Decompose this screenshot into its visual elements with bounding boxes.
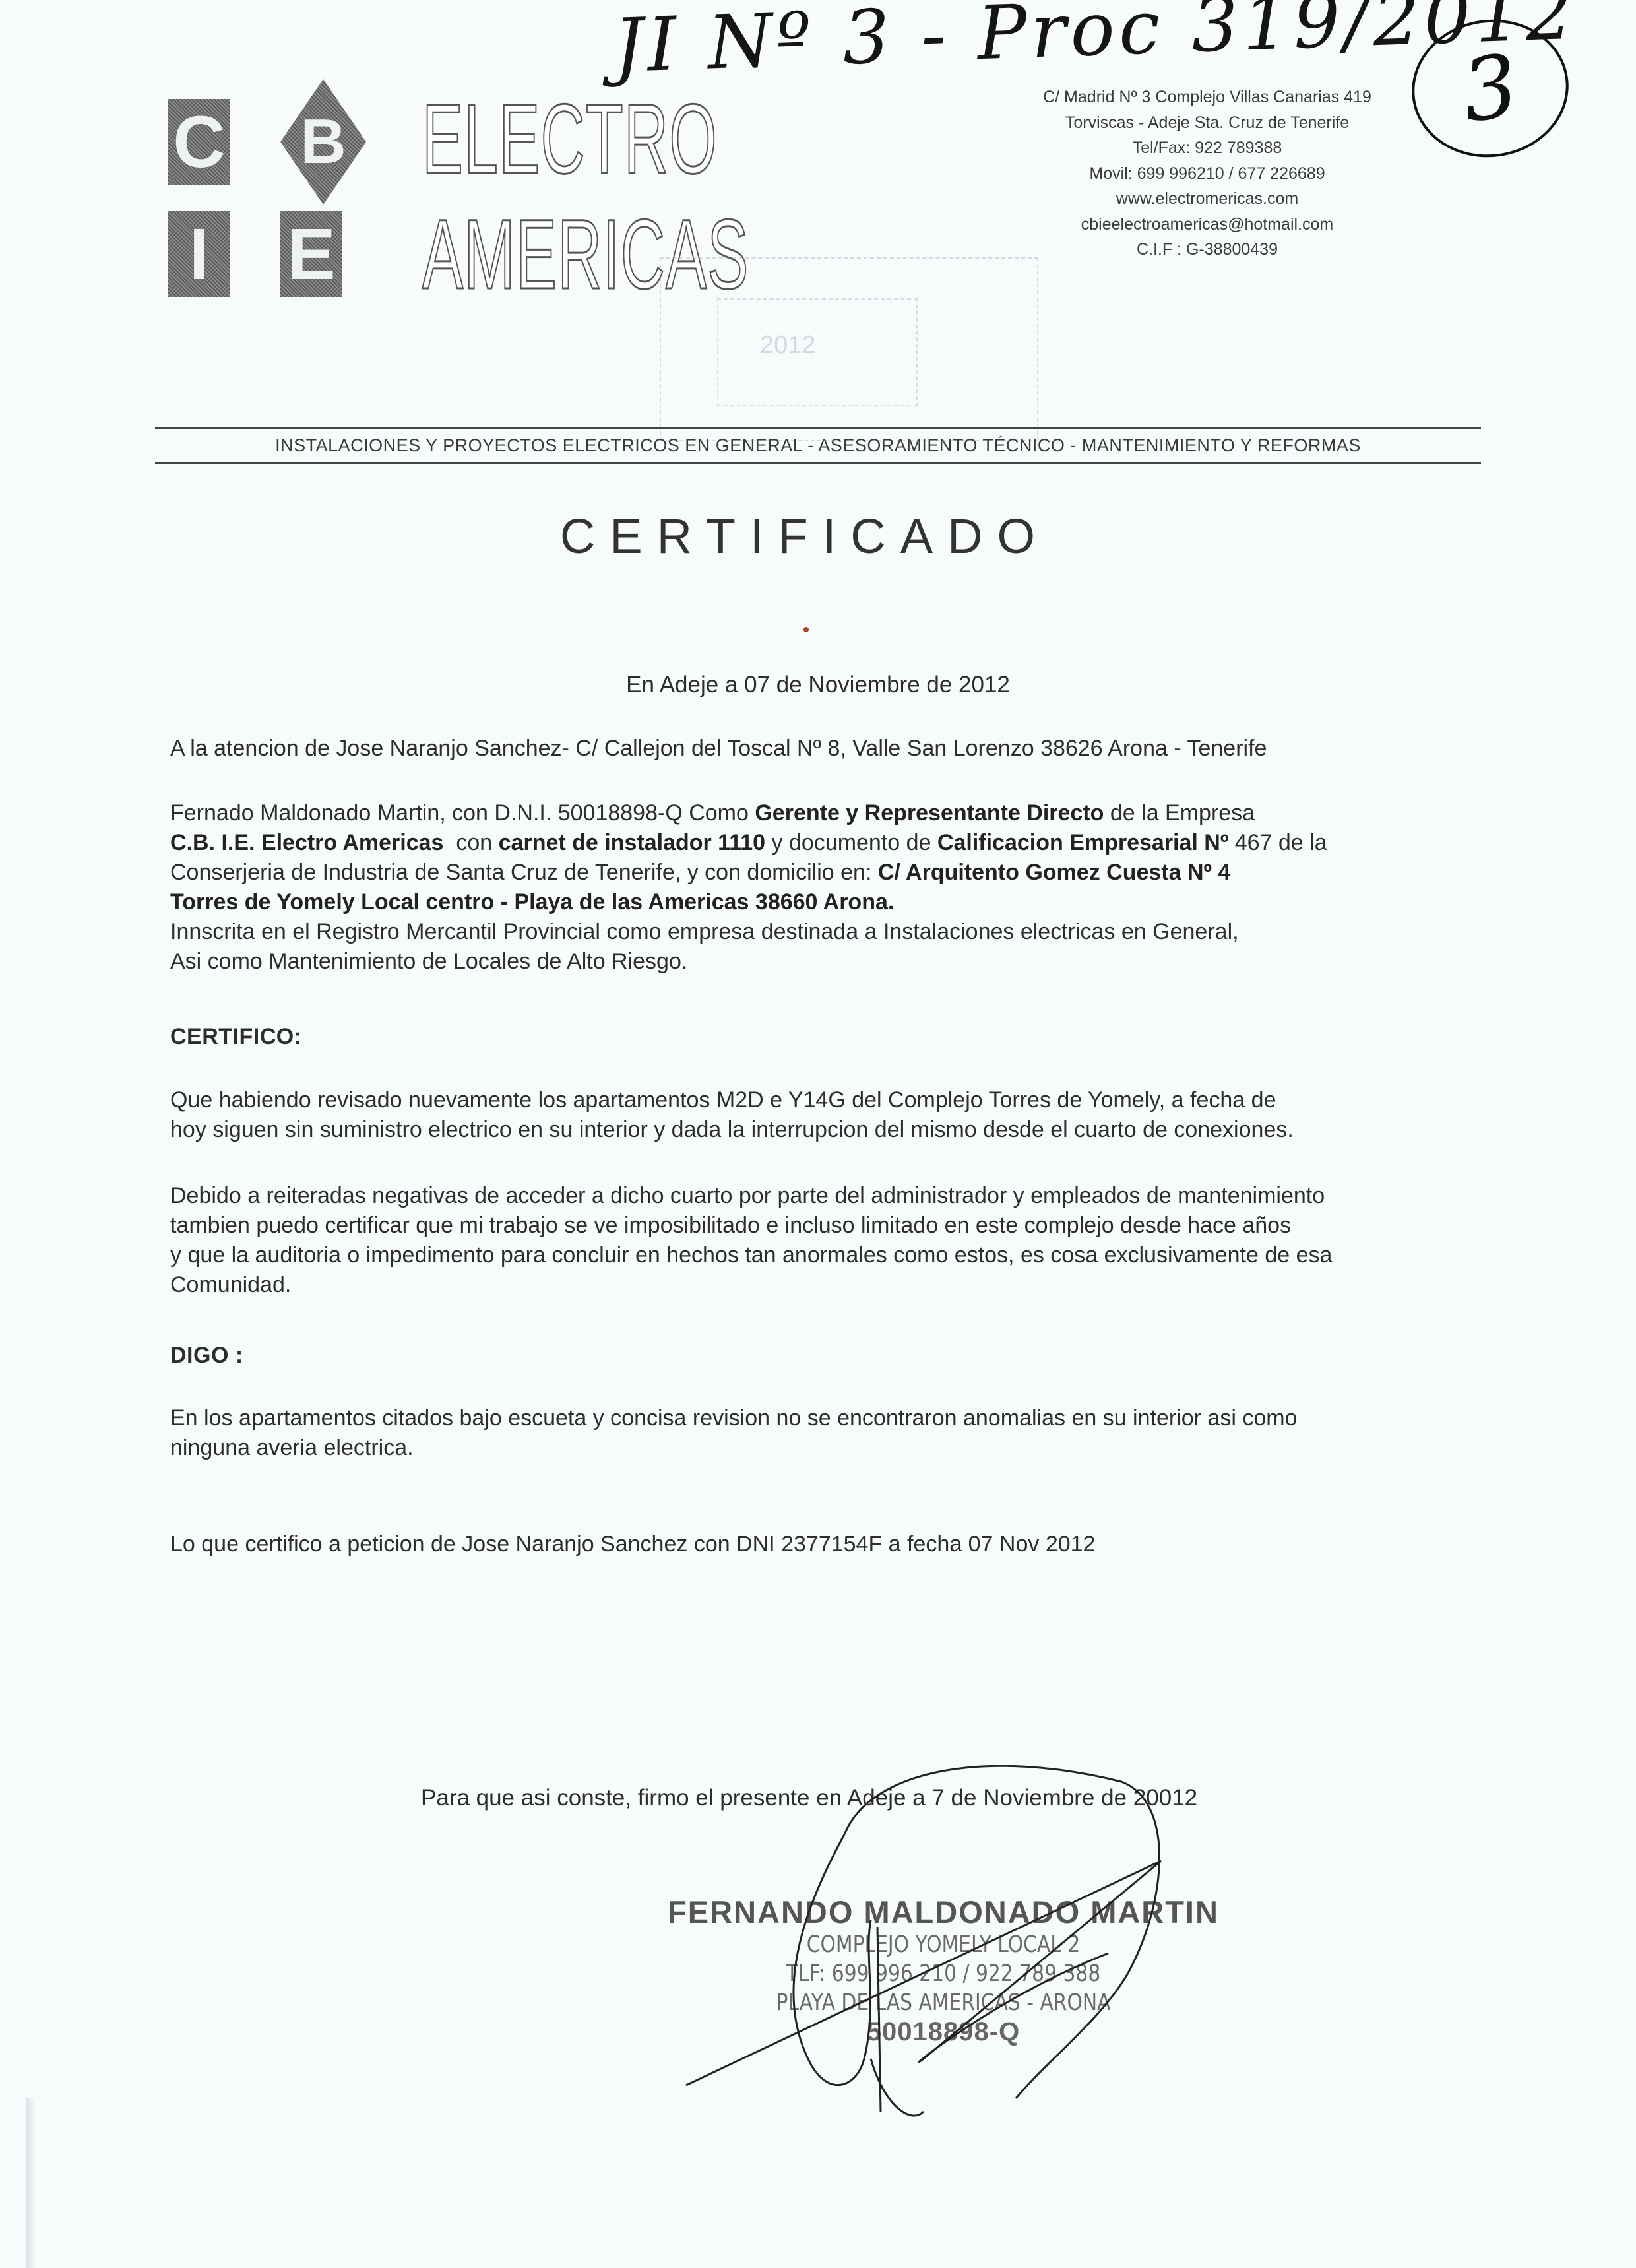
certifico-line: Que habiendo revisado nuevamente los apa… bbox=[170, 1085, 1529, 1115]
faint-received-stamp: 2012 bbox=[660, 257, 1038, 441]
contact-website: www.electromericas.com bbox=[950, 186, 1464, 212]
certifico-heading: CERTIFICO: bbox=[170, 1024, 302, 1050]
installer-license-bold: carnet de instalador 1110 bbox=[499, 830, 765, 855]
document-title: CERTIFICADO bbox=[0, 508, 1610, 564]
digo-line: En los apartamentos citados bajo escueta… bbox=[170, 1404, 1529, 1433]
handwritten-signature bbox=[646, 1755, 1240, 2125]
faint-stamp-year: 2012 bbox=[760, 331, 816, 360]
logo-letter-i: I bbox=[168, 211, 230, 297]
intro-line-1: Fernado Maldonado Martin, con D.N.I. 500… bbox=[170, 798, 1529, 828]
debido-line: Debido a reiteradas negativas de acceder… bbox=[170, 1181, 1529, 1211]
intro-text: Fernado Maldonado Martin, con D.N.I. 500… bbox=[170, 800, 755, 826]
domicile-address-bold: C/ Arquitento Gomez Cuesta Nº 4 bbox=[878, 860, 1230, 885]
debido-line: tambien puedo certificar que mi trabajo … bbox=[170, 1211, 1529, 1241]
debido-line: y que la auditoria o impedimento para co… bbox=[170, 1241, 1529, 1270]
certifico-line: hoy siguen sin suministro electrico en s… bbox=[170, 1115, 1529, 1145]
intro-text: de la Empresa bbox=[1104, 800, 1255, 826]
faint-stamp-inner-box bbox=[717, 298, 918, 406]
intro-line-3: Conserjeria de Industria de Santa Cruz d… bbox=[170, 858, 1529, 888]
company-logo: C B I E ELECTRO AMERICAS bbox=[168, 79, 716, 307]
banner-bottom-rule bbox=[155, 462, 1481, 464]
certifico-paragraph: Que habiendo revisado nuevamente los apa… bbox=[170, 1085, 1529, 1145]
company-tagline: INSTALACIONES Y PROYECTOS ELECTRICOS EN … bbox=[155, 436, 1481, 456]
digo-paragraph: En los apartamentos citados bajo escueta… bbox=[170, 1404, 1529, 1463]
attention-line: A la atencion de Jose Naranjo Sanchez- C… bbox=[170, 734, 1529, 763]
contact-city: Torviscas - Adeje Sta. Cruz de Tenerife bbox=[950, 110, 1464, 136]
intro-text: con bbox=[443, 830, 498, 855]
scan-edge-artifact bbox=[26, 2098, 36, 2268]
domicile-address-bold-cont: Torres de Yomely Local centro - Playa de… bbox=[170, 890, 894, 915]
role-bold: Gerente y Representante Directo bbox=[755, 800, 1104, 826]
logo-letter-e: E bbox=[280, 211, 342, 297]
intro-line-6: Asi como Mantenimiento de Locales de Alt… bbox=[170, 947, 1529, 977]
intro-text: y documento de bbox=[765, 830, 937, 855]
banner-top-rule bbox=[155, 427, 1481, 429]
logo-letter-c: C bbox=[168, 99, 230, 185]
company-name-bold: C.B. I.E. Electro Americas bbox=[170, 830, 443, 855]
debido-paragraph: Debido a reiteradas negativas de acceder… bbox=[170, 1181, 1529, 1300]
contact-email: cbieelectroamericas@hotmail.com bbox=[950, 212, 1464, 238]
intro-text: 467 de la bbox=[1228, 830, 1327, 855]
document-date: En Adeje a 07 de Noviembre de 2012 bbox=[0, 672, 1636, 698]
business-qualification-bold: Calificacion Empresarial Nº bbox=[937, 830, 1228, 855]
company-contact-block: C/ Madrid Nº 3 Complejo Villas Canarias … bbox=[950, 84, 1464, 263]
request-line: Lo que certifico a peticion de Jose Nara… bbox=[170, 1530, 1529, 1559]
logo-word-electro: ELECTRO bbox=[422, 89, 718, 188]
intro-line-5: Innscrita en el Registro Mercantil Provi… bbox=[170, 917, 1529, 947]
contact-address: C/ Madrid Nº 3 Complejo Villas Canarias … bbox=[950, 84, 1464, 110]
digo-line: ninguna averia electrica. bbox=[170, 1433, 1529, 1463]
debido-line: Comunidad. bbox=[170, 1270, 1529, 1300]
intro-line-2: C.B. I.E. Electro Americas con carnet de… bbox=[170, 828, 1529, 858]
logo-letter-b-diamond: B bbox=[280, 79, 366, 205]
ink-dot bbox=[803, 627, 809, 632]
intro-line-4: Torres de Yomely Local centro - Playa de… bbox=[170, 888, 1529, 917]
contact-phone-fax: Tel/Fax: 922 789388 bbox=[950, 135, 1464, 161]
intro-text: Conserjeria de Industria de Santa Cruz d… bbox=[170, 860, 878, 885]
intro-paragraph: Fernado Maldonado Martin, con D.N.I. 500… bbox=[170, 798, 1529, 977]
digo-heading: DIGO : bbox=[170, 1343, 243, 1369]
contact-mobile: Movil: 699 996210 / 677 226689 bbox=[950, 161, 1464, 187]
